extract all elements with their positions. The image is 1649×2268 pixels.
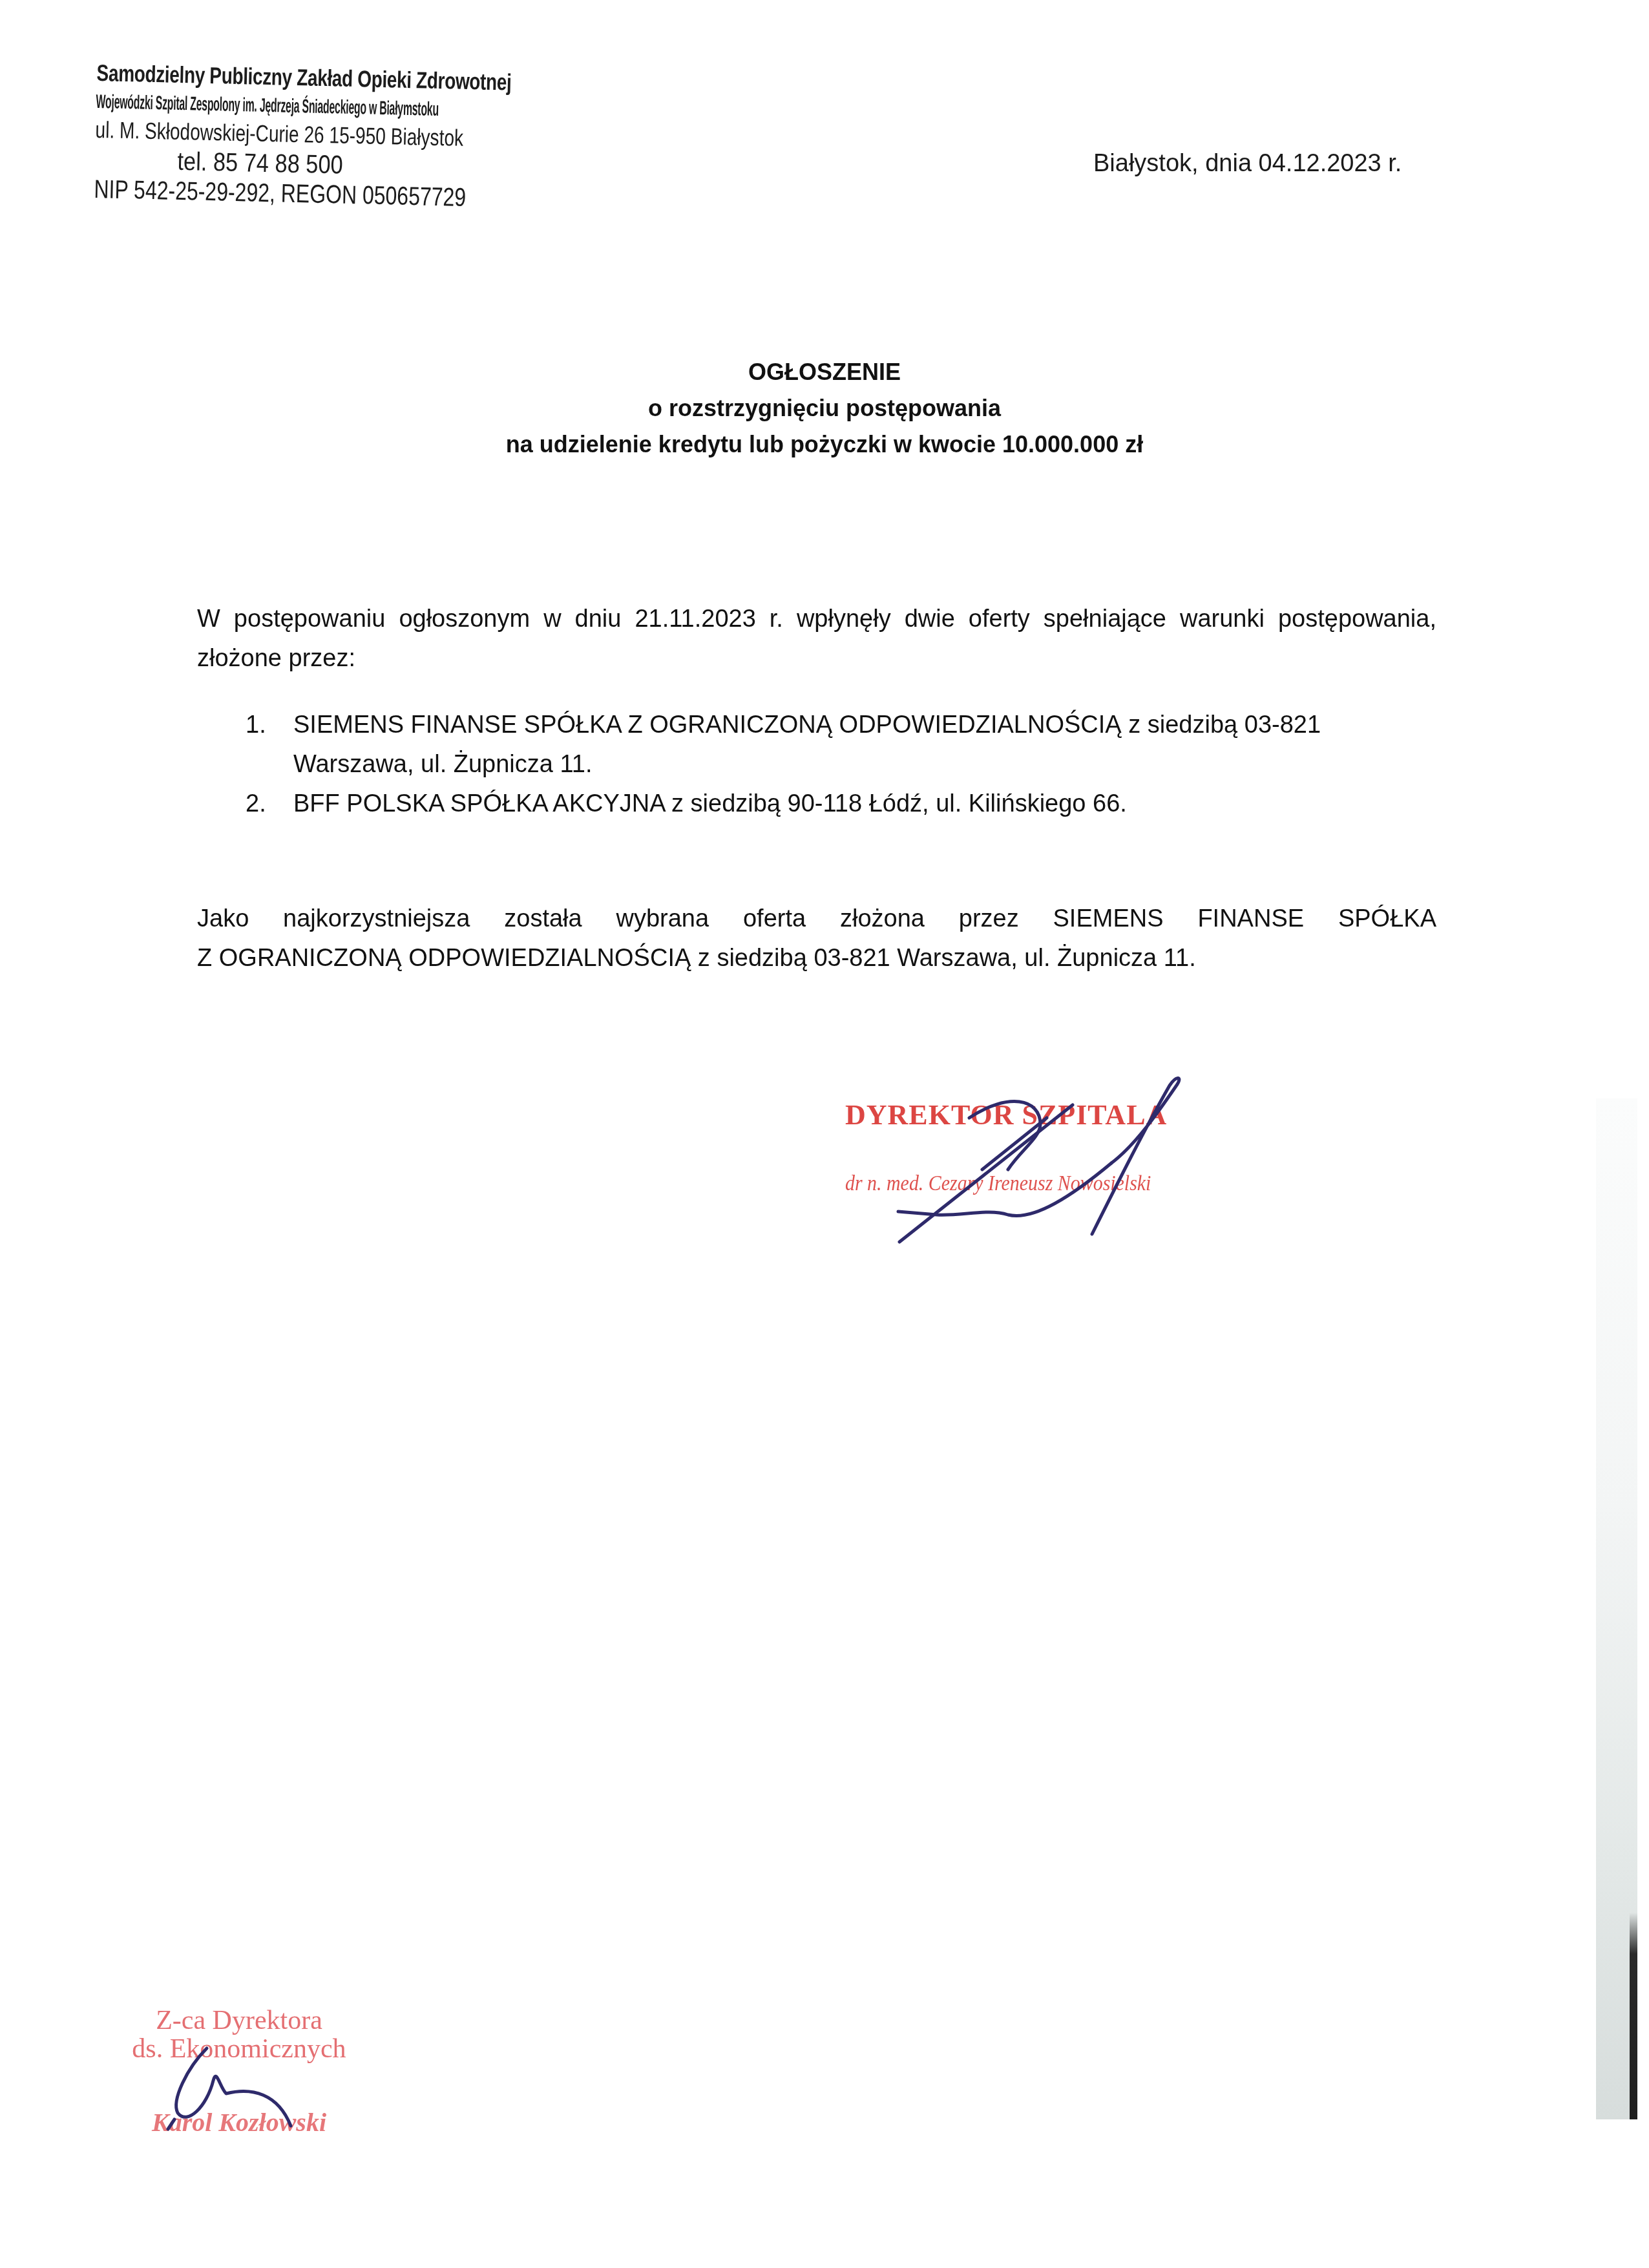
place-date: Białystok, dnia 04.12.2023 r. [1093, 150, 1402, 178]
intro-paragraph: W postępowaniu ogłoszonym w dniu 21.11.2… [197, 600, 1436, 678]
document-page: Samodzielny Publiczny Zakład Opieki Zdro… [0, 0, 1649, 2268]
offer-item: 2. BFF POLSKA SPÓŁKA AKCYJNA z siedzibą … [240, 784, 1403, 824]
hospital-name: Wojewódzki Szpital Zespolony im. Jędrzej… [96, 92, 322, 117]
director-signature [879, 1066, 1215, 1254]
org-tax-ids: NIP 542-25-29-292, REGON 050657729 [94, 176, 436, 210]
title-subtitle-1: o rozstrzygnięciu postępowania [0, 390, 1649, 426]
org-address: ul. M. Skłodowskiej-Curie 26 15-950 Biał… [95, 118, 428, 149]
decision-paragraph: Jako najkorzystniejsza została wybrana o… [197, 899, 1436, 978]
decision-line-1: Jako najkorzystniejsza została wybrana o… [197, 899, 1436, 939]
offer-text: BFF POLSKA SPÓŁKA AKCYJNA z siedzibą 90-… [293, 790, 1127, 817]
organization-stamp: Samodzielny Publiczny Zakład Opieki Zdro… [94, 61, 523, 212]
document-title: OGŁOSZENIE o rozstrzygnięciu postępowani… [0, 354, 1649, 463]
org-phone: tel. 85 74 88 500 [177, 149, 473, 181]
offer-item: 1. SIEMENS FINANSE SPÓŁKA Z OGRANICZONĄ … [240, 706, 1403, 784]
decision-line-2: Z OGRANICZONĄ ODPOWIEDZIALNOŚCIĄ z siedz… [197, 945, 1196, 972]
deputy-role-line-1: Z-ca Dyrektora [103, 2006, 375, 2035]
offer-number: 2. [246, 784, 266, 824]
offers-list: 1. SIEMENS FINANSE SPÓŁKA Z OGRANICZONĄ … [240, 706, 1403, 824]
offer-number: 1. [246, 706, 266, 745]
deputy-signature [162, 2042, 317, 2132]
title-subtitle-2: na udzielenie kredytu lub pożyczki w kwo… [0, 426, 1649, 463]
offer-text: SIEMENS FINANSE SPÓŁKA Z OGRANICZONĄ ODP… [293, 711, 1321, 778]
title-heading: OGŁOSZENIE [0, 354, 1649, 390]
scan-edge-shadow [1630, 1913, 1637, 2119]
org-name: Samodzielny Publiczny Zakład Opieki Zdro… [96, 61, 429, 92]
